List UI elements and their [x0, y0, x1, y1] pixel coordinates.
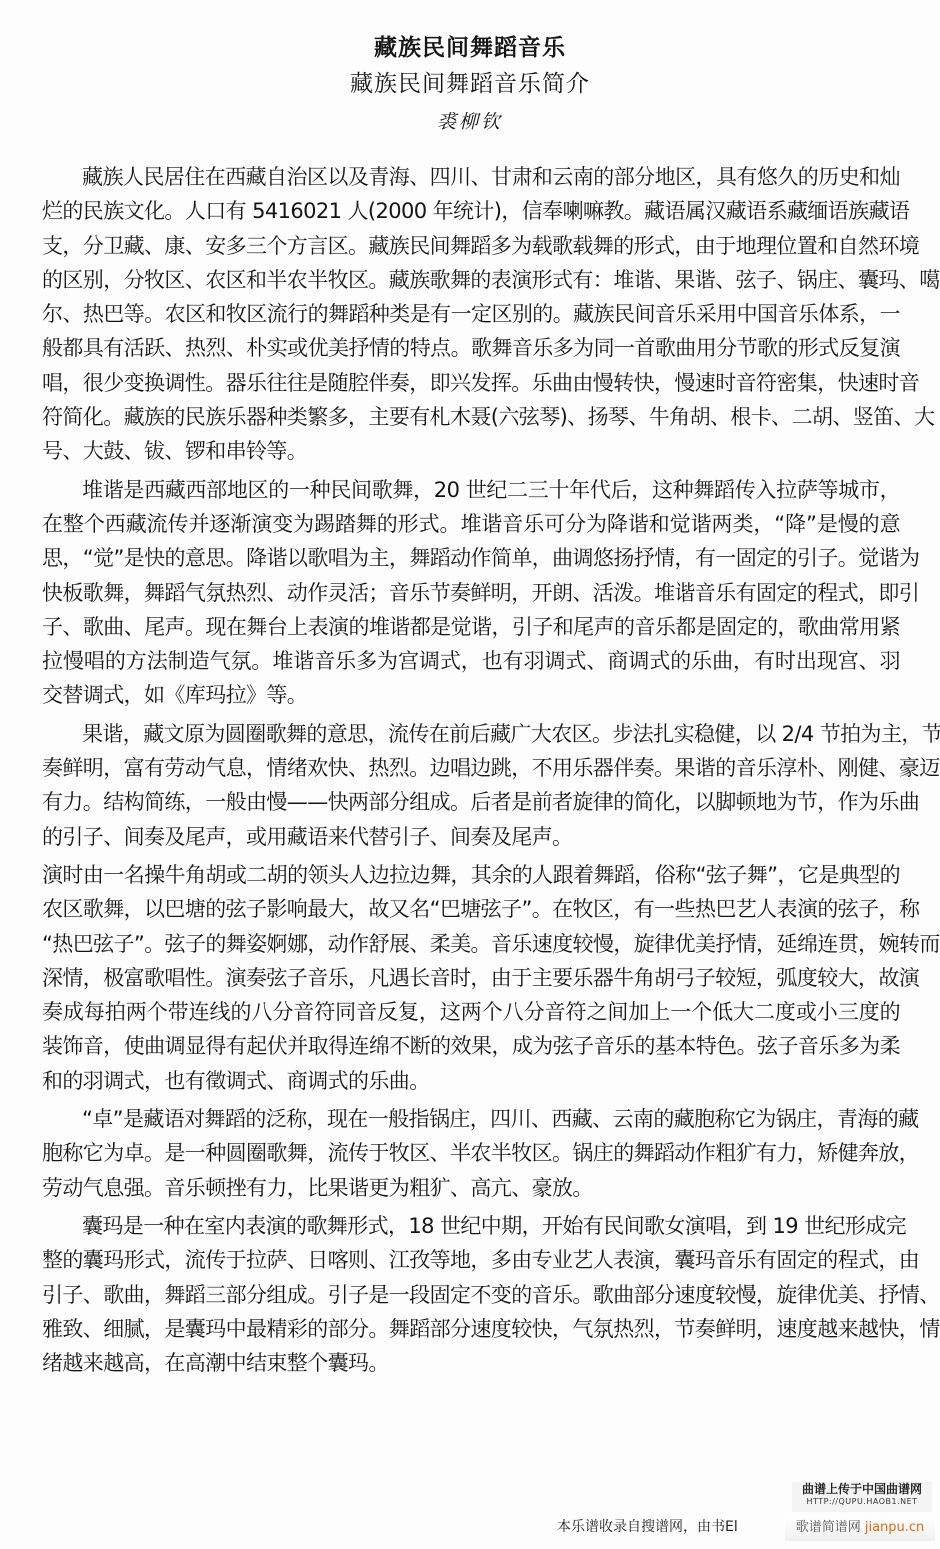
document-title: 藏族民间舞蹈音乐 [0, 34, 940, 62]
text-line: 和的羽调式，也有徵调式、商调式的乐曲。 [42, 1064, 900, 1098]
site-name: 歌谱简谱网 [796, 1520, 861, 1535]
paragraph-nangma: 囊玛是一种在室内表演的歌舞形式，18 世纪中期，开始有民间歌女演唱，到 19 世… [42, 1209, 900, 1380]
text-line: 符简化。藏族的民族乐器种类繁多，主要有札木聂(六弦琴)、扬琴、牛角胡、根卡、二胡… [42, 400, 900, 434]
text-line: 唱，很少变换调性。器乐往往是随腔伴奏，即兴发挥。乐曲由慢转快，慢速时音符密集，快… [42, 366, 900, 400]
text-line: 拉慢唱的方法制造气氛。堆谐音乐多为宫调式，也有羽调式、商调式的乐曲，有时出现宫、… [42, 644, 900, 678]
paragraph-xianzi: 演时由一名操牛角胡或二胡的领头人边拉边舞，其余的人跟着舞蹈，俗称“弦子舞”，它是… [42, 858, 900, 1098]
text-line: 囊玛是一种在室内表演的歌舞形式，18 世纪中期，开始有民间歌女演唱，到 19 世… [42, 1209, 900, 1243]
text-line: 般都具有活跃、热烈、朴实或优美抒情的特点。歌舞音乐多为同一首歌曲用分节歌的形式反… [42, 331, 900, 365]
document-page: 藏族民间舞蹈音乐 藏族民间舞蹈音乐简介 裘柳钦 藏族人民居住在西藏自治区以及青海… [0, 0, 940, 1549]
text-line: 的引子、间奏及尾声，或用藏语来代替引子、间奏及尾声。 [42, 820, 900, 854]
text-line: “热巴弦子”。弦子的舞姿婀娜，动作舒展、柔美。音乐速度较慢，旋律优美抒情，延绵连… [42, 927, 900, 961]
text-line: 演时由一名操牛角胡或二胡的领头人边拉边舞，其余的人跟着舞蹈，俗称“弦子舞”，它是… [42, 858, 900, 892]
site-domain: jianpu.cn [865, 1520, 924, 1535]
watermark-url: HTTP://QUPU.HAOB1.NET [792, 1497, 932, 1507]
text-line: 雅致、细腻，是囊玛中最精彩的部分。舞蹈部分速度较快，气氛热烈，节奏鲜明，速度越来… [42, 1312, 900, 1346]
text-line: 深情，极富歌唱性。演奏弦子音乐，凡遇长音时，由于主要乐器牛角胡弓子较短，弧度较大… [42, 961, 900, 995]
paragraph-intro: 藏族人民居住在西藏自治区以及青海、四川、甘肃和云南的部分地区，具有悠久的历史和灿… [42, 160, 900, 469]
footer-source-note: 本乐谱收录自搜谱网，由书El [557, 1517, 738, 1537]
text-line: 快板歌舞，舞蹈气氛热烈、动作灵活；音乐节奏鲜明，开朗、活泼。堆谐音乐有固定的程式… [42, 576, 900, 610]
text-line: 烂的民族文化。人口有 5416021 人(2000 年统计)，信奉喇嘛教。藏语属… [42, 194, 900, 228]
text-line: 交替调式，如《库玛拉》等。 [42, 678, 900, 712]
text-line: 藏族人民居住在西藏自治区以及青海、四川、甘肃和云南的部分地区，具有悠久的历史和灿 [42, 160, 900, 194]
paragraph-duixie: 堆谐是西藏西部地区的一种民间歌舞，20 世纪二三十年代后，这种舞蹈传入拉萨等城市… [42, 473, 900, 713]
text-line: 农区歌舞，以巴塘的弦子影响最大，故又名“巴塘弦子”。在牧区，有一些热巴艺人表演的… [42, 892, 900, 926]
paragraph-zhuo: “卓”是藏语对舞蹈的泛称，现在一般指锅庄，四川、西藏、云南的藏胞称它为锅庄，青海… [42, 1102, 900, 1205]
text-line: 尔、热巴等。农区和牧区流行的舞蹈种类是有一定区别的。藏族民间音乐采用中国音乐体系… [42, 297, 900, 331]
text-line: “卓”是藏语对舞蹈的泛称，现在一般指锅庄，四川、西藏、云南的藏胞称它为锅庄，青海… [42, 1102, 900, 1136]
text-line: 引子、歌曲，舞蹈三部分组成。引子是一段固定不变的音乐。歌曲部分速度较慢，旋律优美… [42, 1278, 900, 1312]
text-line: 支，分卫藏、康、安多三个方言区。藏族民间舞蹈多为载歌载舞的形式，由于地理位置和自… [42, 229, 900, 263]
text-line: 奏鲜明，富有劳动气息，情绪欢快、热烈。边唱边跳，不用乐器伴奏。果谐的音乐淳朴、刚… [42, 751, 900, 785]
text-line: 堆谐是西藏西部地区的一种民间歌舞，20 世纪二三十年代后，这种舞蹈传入拉萨等城市… [42, 473, 900, 507]
text-line: 在整个西藏流传并逐渐演变为踢踏舞的形式。堆谐音乐可分为降谐和觉谐两类，“降”是慢… [42, 507, 900, 541]
document-author: 裘柳钦 [0, 110, 940, 134]
upload-watermark: 曲谱上传于中国曲谱网 HTTP://QUPU.HAOB1.NET [792, 1482, 932, 1512]
paragraph-guoxie: 果谐，藏文原为圆圈歌舞的意思，流传在前后藏广大农区。步法扎实稳健，以 2/4 节… [42, 717, 900, 854]
text-line: 子、歌曲、尾声。现在舞台上表演的堆谐都是觉谐，引子和尾声的音乐都是固定的，歌曲常… [42, 610, 900, 644]
text-line: 有力。结构简练，一般由慢——快两部分组成。后者是前者旋律的简化，以脚顿地为节，作… [42, 785, 900, 819]
document-subtitle: 藏族民间舞蹈音乐简介 [0, 70, 940, 98]
text-line: 整的囊玛形式，流传于拉萨、日喀则、江孜等地，多由专业艺人表演，囊玛音乐有固定的程… [42, 1243, 900, 1277]
text-line: 胞称它为卓。是一种圆圈歌舞，流传于牧区、半农半牧区。锅庄的舞蹈动作粗犷有力，矫健… [42, 1136, 900, 1170]
text-line: 号、大鼓、钹、锣和串铃等。 [42, 434, 900, 468]
text-line: 果谐，藏文原为圆圈歌舞的意思，流传在前后藏广大农区。步法扎实稳健，以 2/4 节… [42, 717, 900, 751]
text-line: 奏成每拍两个带连线的八分音符同音反复，这两个八分音符之间加上一个低大二度或小三度… [42, 995, 900, 1029]
text-line: 绪越来越高，在高潮中结束整个囊玛。 [42, 1346, 900, 1380]
text-line: 的区别，分牧区、农区和半农半牧区。藏族歌舞的表演形式有：堆谐、果谐、弦子、锅庄、… [42, 263, 900, 297]
text-line: 劳动气息强。音乐顿挫有力，比果谐更为粗犷、高亢、豪放。 [42, 1171, 900, 1205]
text-line: 装饰音，使曲调显得有起伏并取得连绵不断的效果，成为弦子音乐的基本特色。弦子音乐多… [42, 1029, 900, 1063]
watermark-title: 曲谱上传于中国曲谱网 [792, 1482, 932, 1497]
site-logo-watermark: 歌谱简谱网 jianpu.cn [785, 1515, 935, 1541]
article-body: 藏族人民居住在西藏自治区以及青海、四川、甘肃和云南的部分地区，具有悠久的历史和灿… [42, 160, 900, 1384]
text-line: 思，“觉”是快的意思。降谐以歌唱为主，舞蹈动作简单，曲调悠扬抒情，有一固定的引子… [42, 541, 900, 575]
